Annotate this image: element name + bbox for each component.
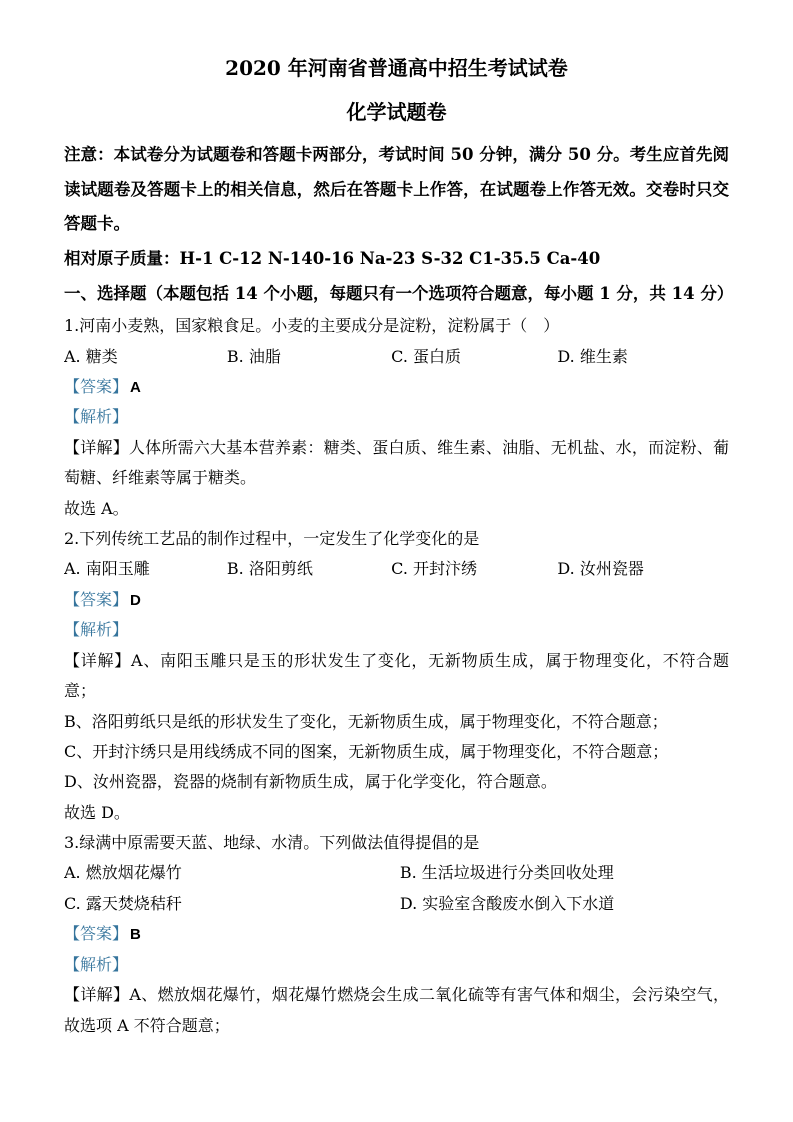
question-2-option-d: D. 汝州瓷器 (557, 554, 729, 584)
question-2-analysis-line: 【解析】 (64, 615, 729, 645)
question-3-option-b: B. 生活垃圾进行分类回收处理 (400, 858, 729, 888)
question-3-answer-line: 【答案】B (64, 919, 729, 950)
question-1-option-d: D. 维生素 (557, 342, 729, 372)
question-3: 3.绿满中原需要天蓝、地绿、水清。下列做法值得提倡的是 A. 燃放烟花爆竹 B.… (64, 828, 729, 1041)
question-3-options-row-2: C. 露天焚烧秸秆 D. 实验室含酸废水倒入下水道 (64, 889, 729, 919)
question-1: 1.河南小麦熟，国家粮食足。小麦的主要成分是淀粉，淀粉属于（ ） A. 糖类 B… (64, 311, 729, 524)
answer-label: 【答案】 (64, 377, 128, 396)
exam-title: 2020 年河南省普通高中招生考试试卷 (64, 58, 729, 78)
question-2-answer-line: 【答案】D (64, 585, 729, 616)
question-3-option-a: A. 燃放烟花爆竹 (64, 858, 400, 888)
question-2-option-c: C. 开封汴绣 (391, 554, 557, 584)
question-2: 2.下列传统工艺品的制作过程中，一定发生了化学变化的是 A. 南阳玉雕 B. 洛… (64, 524, 729, 828)
question-3-options-row-1: A. 燃放烟花爆竹 B. 生活垃圾进行分类回收处理 (64, 858, 729, 888)
question-3-option-c: C. 露天焚烧秸秆 (64, 889, 400, 919)
question-1-stem: 1.河南小麦熟，国家粮食足。小麦的主要成分是淀粉，淀粉属于（ ） (64, 311, 729, 341)
question-1-analysis-line: 【解析】 (64, 402, 729, 432)
question-2-option-b: B. 洛阳剪纸 (227, 554, 391, 584)
analysis-label: 【解析】 (64, 620, 128, 639)
question-1-option-a: A. 糖类 (64, 342, 227, 372)
answer-label: 【答案】 (64, 590, 128, 609)
question-3-option-d: D. 实验室含酸废水倒入下水道 (400, 889, 729, 919)
exam-subtitle: 化学试题卷 (64, 102, 729, 122)
question-2-detail-5: 故选 D。 (64, 798, 729, 828)
analysis-label: 【解析】 (64, 955, 128, 974)
question-1-option-c: C. 蛋白质 (391, 342, 557, 372)
exam-notice: 注意：本试卷分为试题卷和答题卡两部分，考试时间 50 分钟，满分 50 分。考生… (64, 138, 729, 242)
atomic-mass-line: 相对原子质量：H-1 C-12 N-140-16 Na-23 S-32 C1-3… (64, 242, 729, 277)
question-1-options: A. 糖类 B. 油脂 C. 蛋白质 D. 维生素 (64, 342, 729, 372)
question-1-detail-1: 【详解】人体所需六大基本营养素：糖类、蛋白质、维生素、油脂、无机盐、水，而淀粉、… (64, 433, 729, 494)
analysis-label: 【解析】 (64, 407, 128, 426)
question-3-detail-1: 【详解】A、燃放烟花爆竹，烟花爆竹燃烧会生成二氧化硫等有害气体和烟尘，会污染空气… (64, 980, 729, 1041)
question-1-detail-2: 故选 A。 (64, 494, 729, 524)
question-2-detail-4: D、汝州瓷器，瓷器的烧制有新物质生成，属于化学变化，符合题意。 (64, 767, 729, 797)
question-1-answer-value: A (128, 379, 141, 396)
question-2-option-a: A. 南阳玉雕 (64, 554, 227, 584)
question-2-detail-3: C、开封汴绣只是用线绣成不同的图案，无新物质生成，属于物理变化，不符合题意； (64, 737, 729, 767)
answer-label: 【答案】 (64, 924, 128, 943)
question-1-option-b: B. 油脂 (227, 342, 391, 372)
question-1-answer-line: 【答案】A (64, 372, 729, 403)
question-3-analysis-line: 【解析】 (64, 950, 729, 980)
exam-paper-page: 2020 年河南省普通高中招生考试试卷 化学试题卷 注意：本试卷分为试题卷和答题… (0, 0, 793, 1122)
question-3-answer-value: B (128, 926, 141, 943)
question-2-detail-2: B、洛阳剪纸只是纸的形状发生了变化，无新物质生成，属于物理变化，不符合题意； (64, 707, 729, 737)
question-2-answer-value: D (128, 592, 141, 609)
question-2-options: A. 南阳玉雕 B. 洛阳剪纸 C. 开封汴绣 D. 汝州瓷器 (64, 554, 729, 584)
section-heading: 一、选择题（本题包括 14 个小题，每题只有一个选项符合题意，每小题 1 分，共… (64, 277, 729, 312)
question-2-detail-1: 【详解】A、南阳玉雕只是玉的形状发生了变化，无新物质生成，属于物理变化，不符合题… (64, 646, 729, 707)
question-2-stem: 2.下列传统工艺品的制作过程中，一定发生了化学变化的是 (64, 524, 729, 554)
question-3-stem: 3.绿满中原需要天蓝、地绿、水清。下列做法值得提倡的是 (64, 828, 729, 858)
